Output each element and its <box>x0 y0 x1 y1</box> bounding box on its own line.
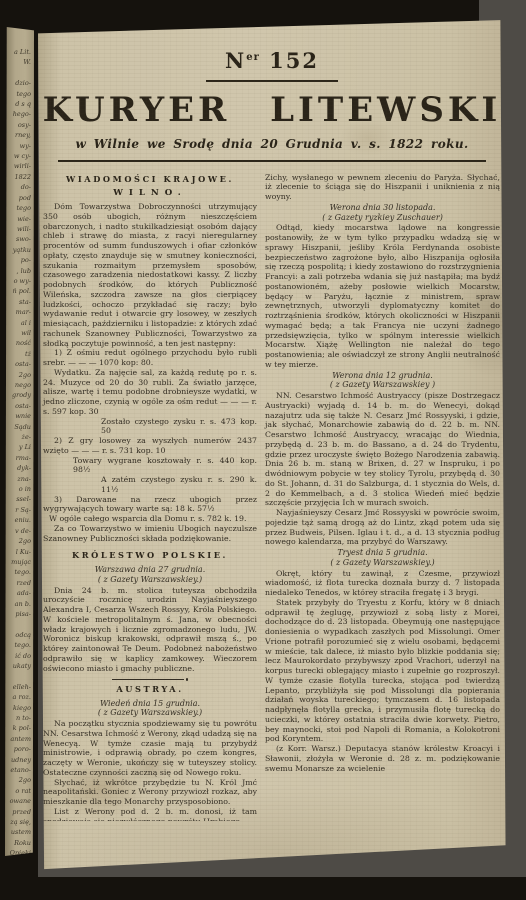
source-note: ( z Gazety Warszawskiey.) <box>265 558 500 568</box>
issue-number: 152 <box>269 48 319 73</box>
dateline-tryest: Tryest dnia 5 grudnia. <box>265 548 500 558</box>
article-paragraph-continuation: Zichy, wysłanego w pewnem zleceniu do Pa… <box>265 173 500 202</box>
section-heading-kingdom-of-poland: KRÓLESTWO POLSKIE. <box>43 551 257 561</box>
separator-line <box>112 679 184 680</box>
section-heading-domestic-news: WIADOMOŚCI KRAJOWE. <box>43 175 257 185</box>
section-separator <box>43 678 257 681</box>
finance-line: 2) Z gry losowey za wyszłych numerów 243… <box>43 436 257 456</box>
article-paragraph: Nayjaśnieyszy Cesarz Jmć Rossyyski w pow… <box>265 508 500 547</box>
finance-line: Towary wygrane kosztowały r. s. 440 kop.… <box>73 456 257 476</box>
issue-prefix: N <box>225 48 246 73</box>
newspaper-page: Ner 152 KURYER LITEWSKI w Wilnie we Srod… <box>38 18 506 870</box>
facing-page-sliver: a Lit. W. dzio- tego d s q hego- osy- rn… <box>5 27 34 856</box>
article-paragraph: Odtąd, kiedy mocarstwa lądowe na kongres… <box>265 223 500 369</box>
source-note: ( z Gazety Warszawskiey.) <box>43 708 257 718</box>
article-paragraph: Dnia 24 b. m. stolica tuteysza obchodził… <box>43 586 257 674</box>
issue-superscript: er <box>246 52 260 63</box>
column-left: WIADOMOŚCI KRAJOWE. WILNO. Dóm Towarzyst… <box>43 173 257 821</box>
dateline-warszawa: Warszawa dnia 27 grudnia. <box>43 565 257 575</box>
column-right: Zichy, wysłanego w pewnem zleceniu do Pa… <box>265 173 500 821</box>
masthead-dateline: w Wilnie we Srodę dnia 20 Grudnia v. s. … <box>38 137 506 151</box>
article-paragraph: NN. Cesarstwo Ichmość Austryaccy (pisze … <box>265 391 500 508</box>
dateline-werona-12-grudnia: Werona dnia 12 grudnia. <box>265 371 500 381</box>
scanned-newspaper-page: { "colors":{"paper":"#d0c6ac","ink":"#33… <box>0 0 526 900</box>
finance-line: 3) Darowane na rzecz ubogich przez wygry… <box>43 495 257 515</box>
newspaper-title: KURYER LITEWSKI <box>38 90 506 130</box>
source-note: ( z Gazety Warszawskiey ) <box>265 380 500 390</box>
source-note: ( z Gazety Warszawskiey.) <box>43 575 257 585</box>
facing-page-text-fragments: a Lit. W. dzio- tego d s q hego- osy- rn… <box>5 47 34 856</box>
section-heading-austria: AUSTRYA. <box>43 685 257 695</box>
article-paragraph: Za co Towarzystwo w imieniu Ubogich nayc… <box>43 524 257 544</box>
source-note: ( z Gazety ryzkiey Zuschauer) <box>265 213 500 223</box>
separator-dot <box>186 678 189 681</box>
section-heading-wilno: WILNO. <box>43 189 257 199</box>
article-paragraph: Dóm Towarzystwa Dobroczynności utrzymują… <box>43 202 257 348</box>
article-paragraph: Statek przybyły do Tryestu z Korfu, któr… <box>265 598 500 744</box>
mat-border-bottom <box>0 877 526 900</box>
article-paragraph: Na początku stycznia spodziewamy się tu … <box>43 719 257 778</box>
article-paragraph: Słychać, iż wkrótce przybędzie tu N. Kró… <box>43 778 257 807</box>
dateline-werona-30-listopada: Werona dnia 30 listopada. <box>265 203 500 213</box>
issue-number-line: Ner 152 <box>38 48 506 73</box>
dateline-wien: Wiedeń dnia 15 grudnia. <box>43 699 257 709</box>
rule-under-issue <box>206 80 338 82</box>
finance-line: Zostało czystego zysku r. s. 473 kop. 50 <box>101 417 257 437</box>
finance-total-line: W ogóle całego wsparcia dla Domu r. s. 7… <box>43 514 257 524</box>
finance-line: Wydatku. Za najęcie sal, za każdą redutę… <box>43 368 257 417</box>
article-paragraph: Okręt, który tu zawinął, z Czesme, przyw… <box>265 569 500 598</box>
article-paragraph: List z Werony pod d. 2 b. m. donosi, iż … <box>43 807 257 821</box>
finance-line: A zatém czystego zysku r. s. 290 k. 11½ <box>101 475 257 495</box>
article-paragraph: (z Korr. Warsz.) Deputacya stanów króles… <box>265 744 500 773</box>
text-columns: WIADOMOŚCI KRAJOWE. WILNO. Dóm Towarzyst… <box>38 162 506 821</box>
finance-line: 1) Z ośmiu redut ogólnego przychodu było… <box>43 348 257 368</box>
